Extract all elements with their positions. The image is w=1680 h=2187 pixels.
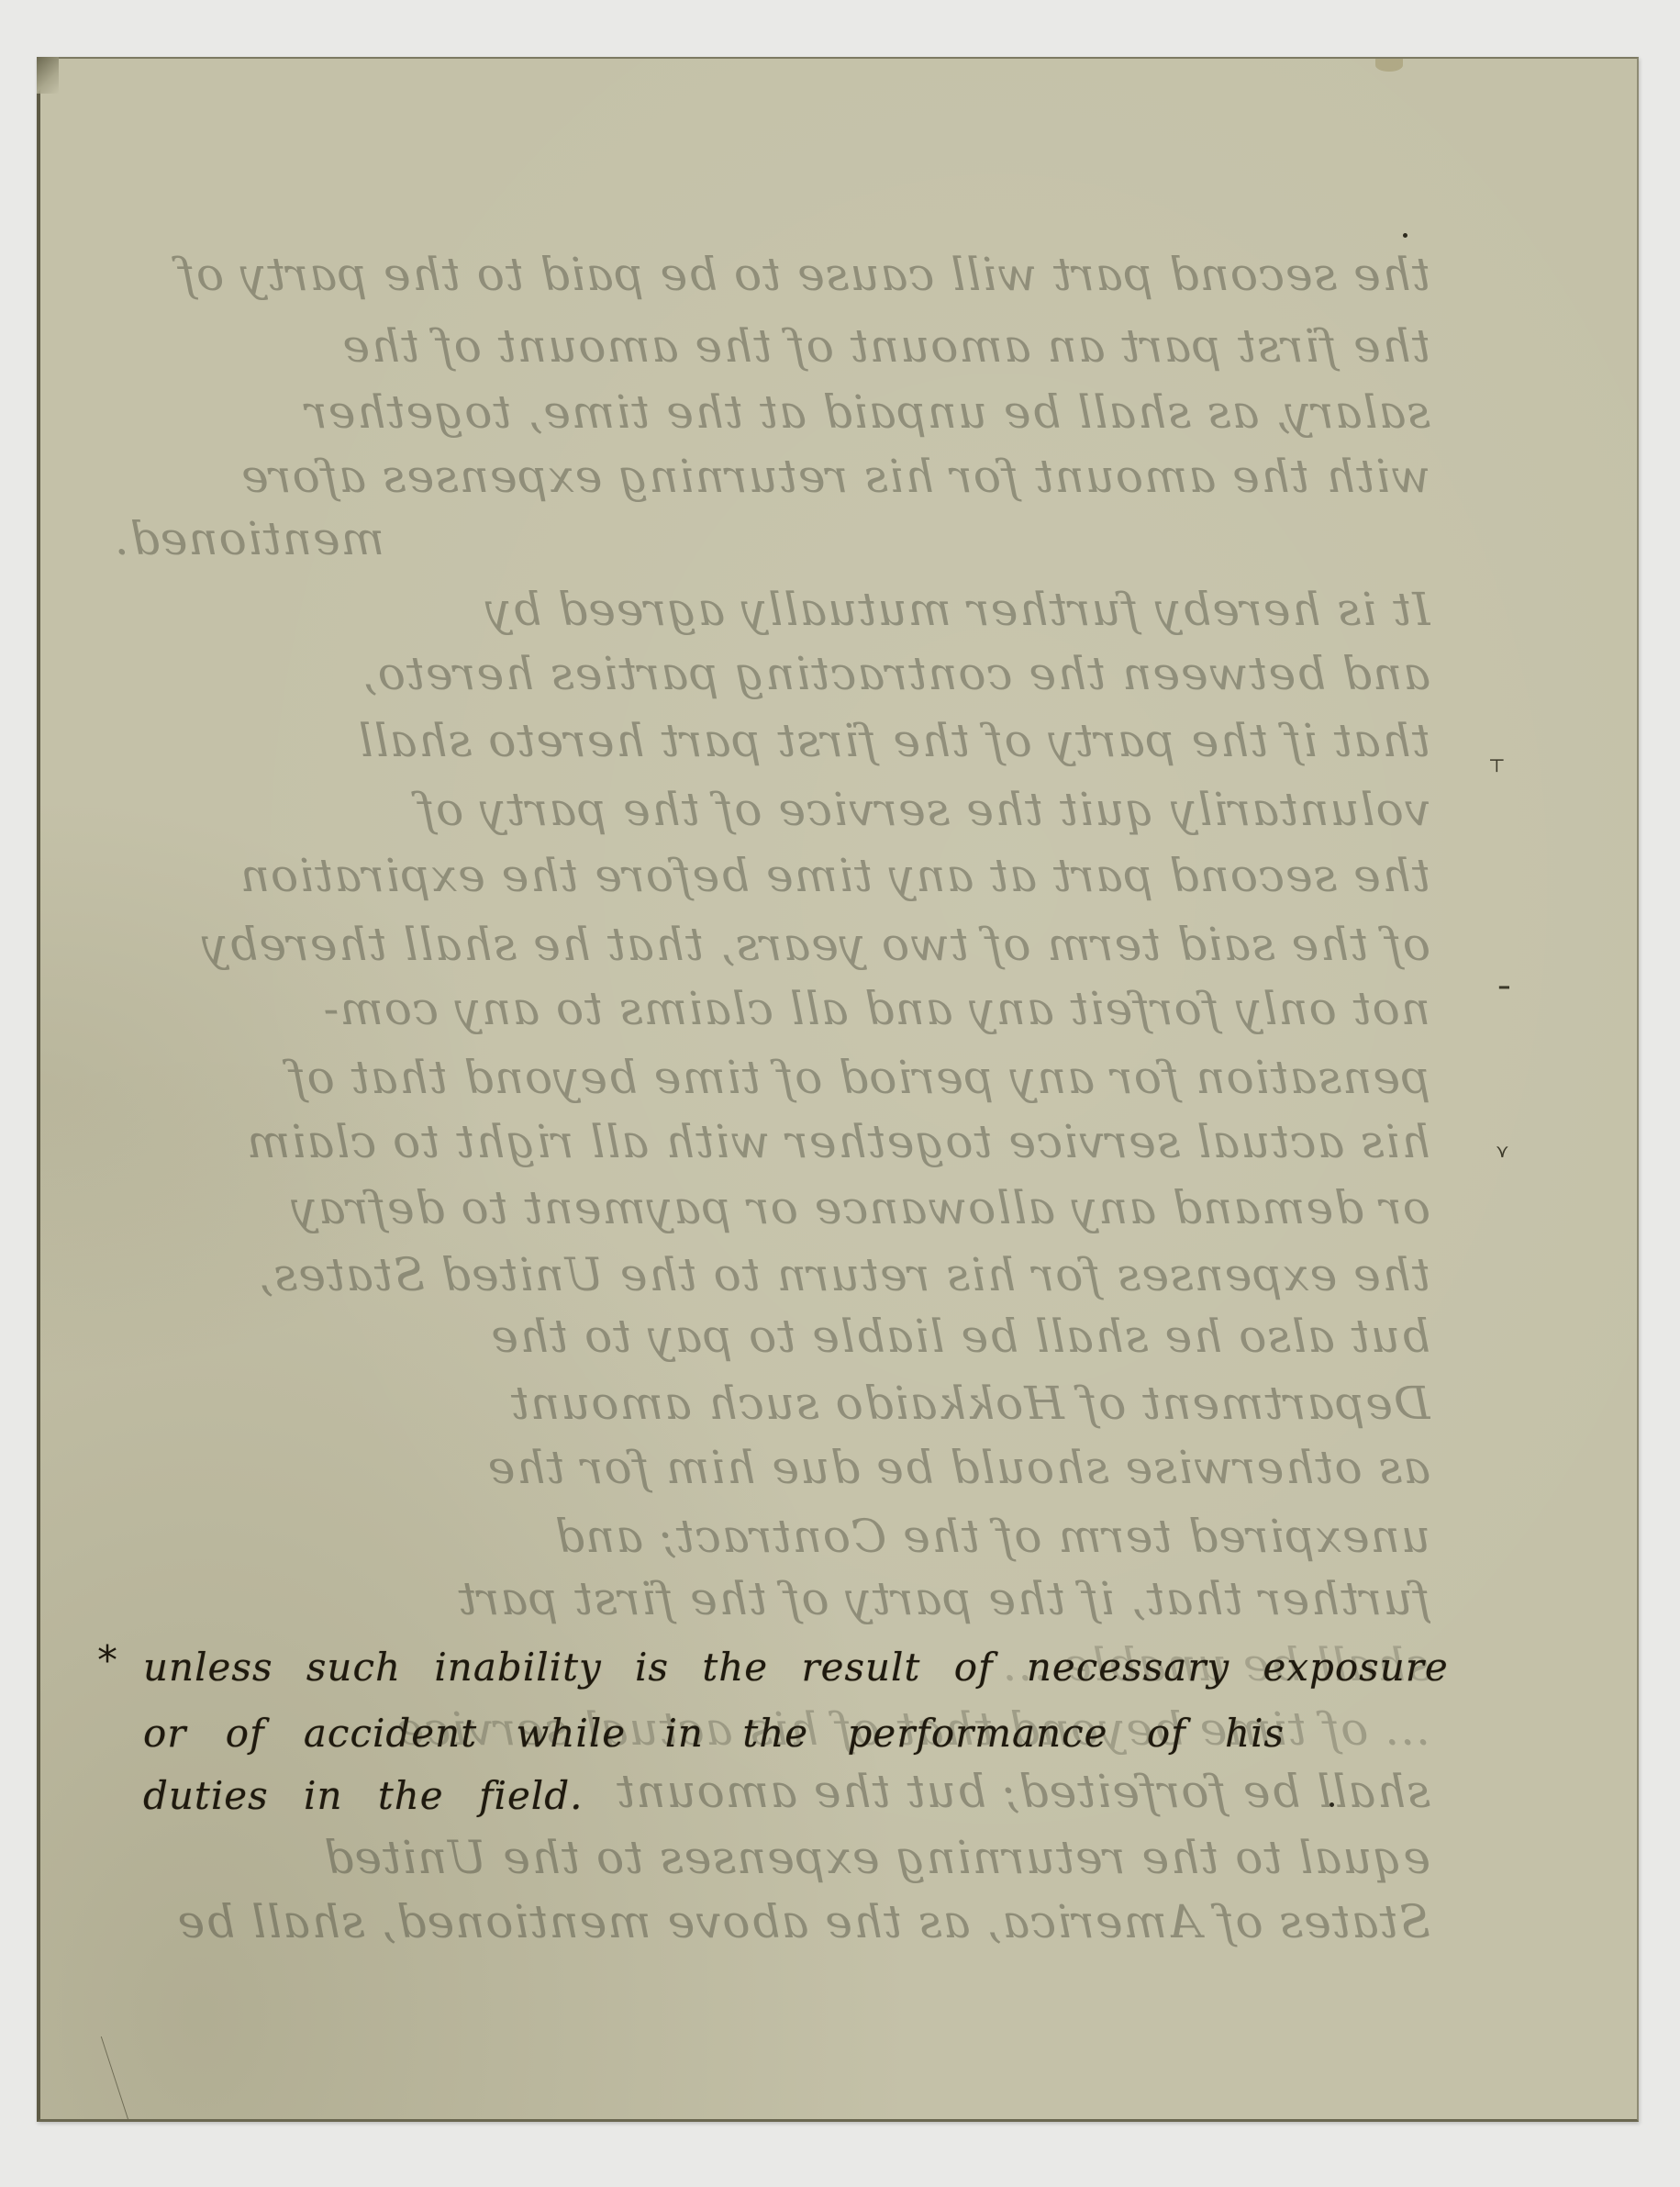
annotation-line: unless such inability is the result of n… <box>143 1645 1449 1690</box>
bleed-line: but also he shall be liable to pay to th… <box>54 1309 1430 1364</box>
bleed-line: his actual service together with all rig… <box>54 1114 1430 1169</box>
bleed-line: equal to the returning expenses to the U… <box>54 1830 1430 1885</box>
paper-tear-mark: ⊤ <box>1488 756 1506 775</box>
asterisk-marker: * <box>97 1637 117 1684</box>
bleed-line: unexpired term of the Contract; and <box>54 1509 1430 1564</box>
bleed-line: the first part an amount of the amount o… <box>54 318 1430 374</box>
manuscript-page: the second part will cause to be paid to… <box>37 57 1639 2122</box>
bleed-line: salary, as shall be unpaid at the time, … <box>54 385 1430 440</box>
paper-tear-mark: ⋎ <box>1496 1142 1509 1160</box>
bleed-line: It is hereby further mutually agreed by <box>54 582 1430 637</box>
bleed-line: pensation for any period of time beyond … <box>54 1050 1430 1105</box>
ink-spot <box>1403 233 1407 238</box>
annotation-line: or of accident while in the performance … <box>143 1711 1285 1756</box>
bleed-line: the expenses for his return to the Unite… <box>54 1247 1430 1302</box>
paper-slit-mark: ━ <box>1499 980 1509 997</box>
bleed-line: as otherwise should be due him for the <box>54 1440 1430 1495</box>
bleed-line: further that, if the party of the first … <box>54 1571 1430 1626</box>
bleed-line: of the said term of two years, that he s… <box>54 917 1430 972</box>
bleed-line: with the amount for his returning expens… <box>54 449 1430 504</box>
annotation-line: duties in the field. <box>143 1773 583 1818</box>
bleed-line: voluntarily quit the service of the part… <box>54 782 1430 837</box>
bleed-line: the second part will cause to be paid to… <box>54 247 1430 302</box>
bleed-line: or demand any allowance or payment to de… <box>54 1180 1430 1235</box>
bleed-line: that if the party of the first part here… <box>54 713 1430 768</box>
bleed-line: States of America, as the above mentione… <box>54 1894 1430 1949</box>
bleed-line: the second part at any time before the e… <box>54 848 1430 903</box>
bleed-line: Department of Hokkaido such amount <box>54 1376 1430 1431</box>
bleed-line: mentioned. <box>54 511 1430 566</box>
ink-spot <box>1330 1802 1334 1807</box>
bleed-line: and between the contracting parties here… <box>54 646 1430 701</box>
bleed-line: not only forfeit any and all claims to a… <box>54 981 1430 1036</box>
